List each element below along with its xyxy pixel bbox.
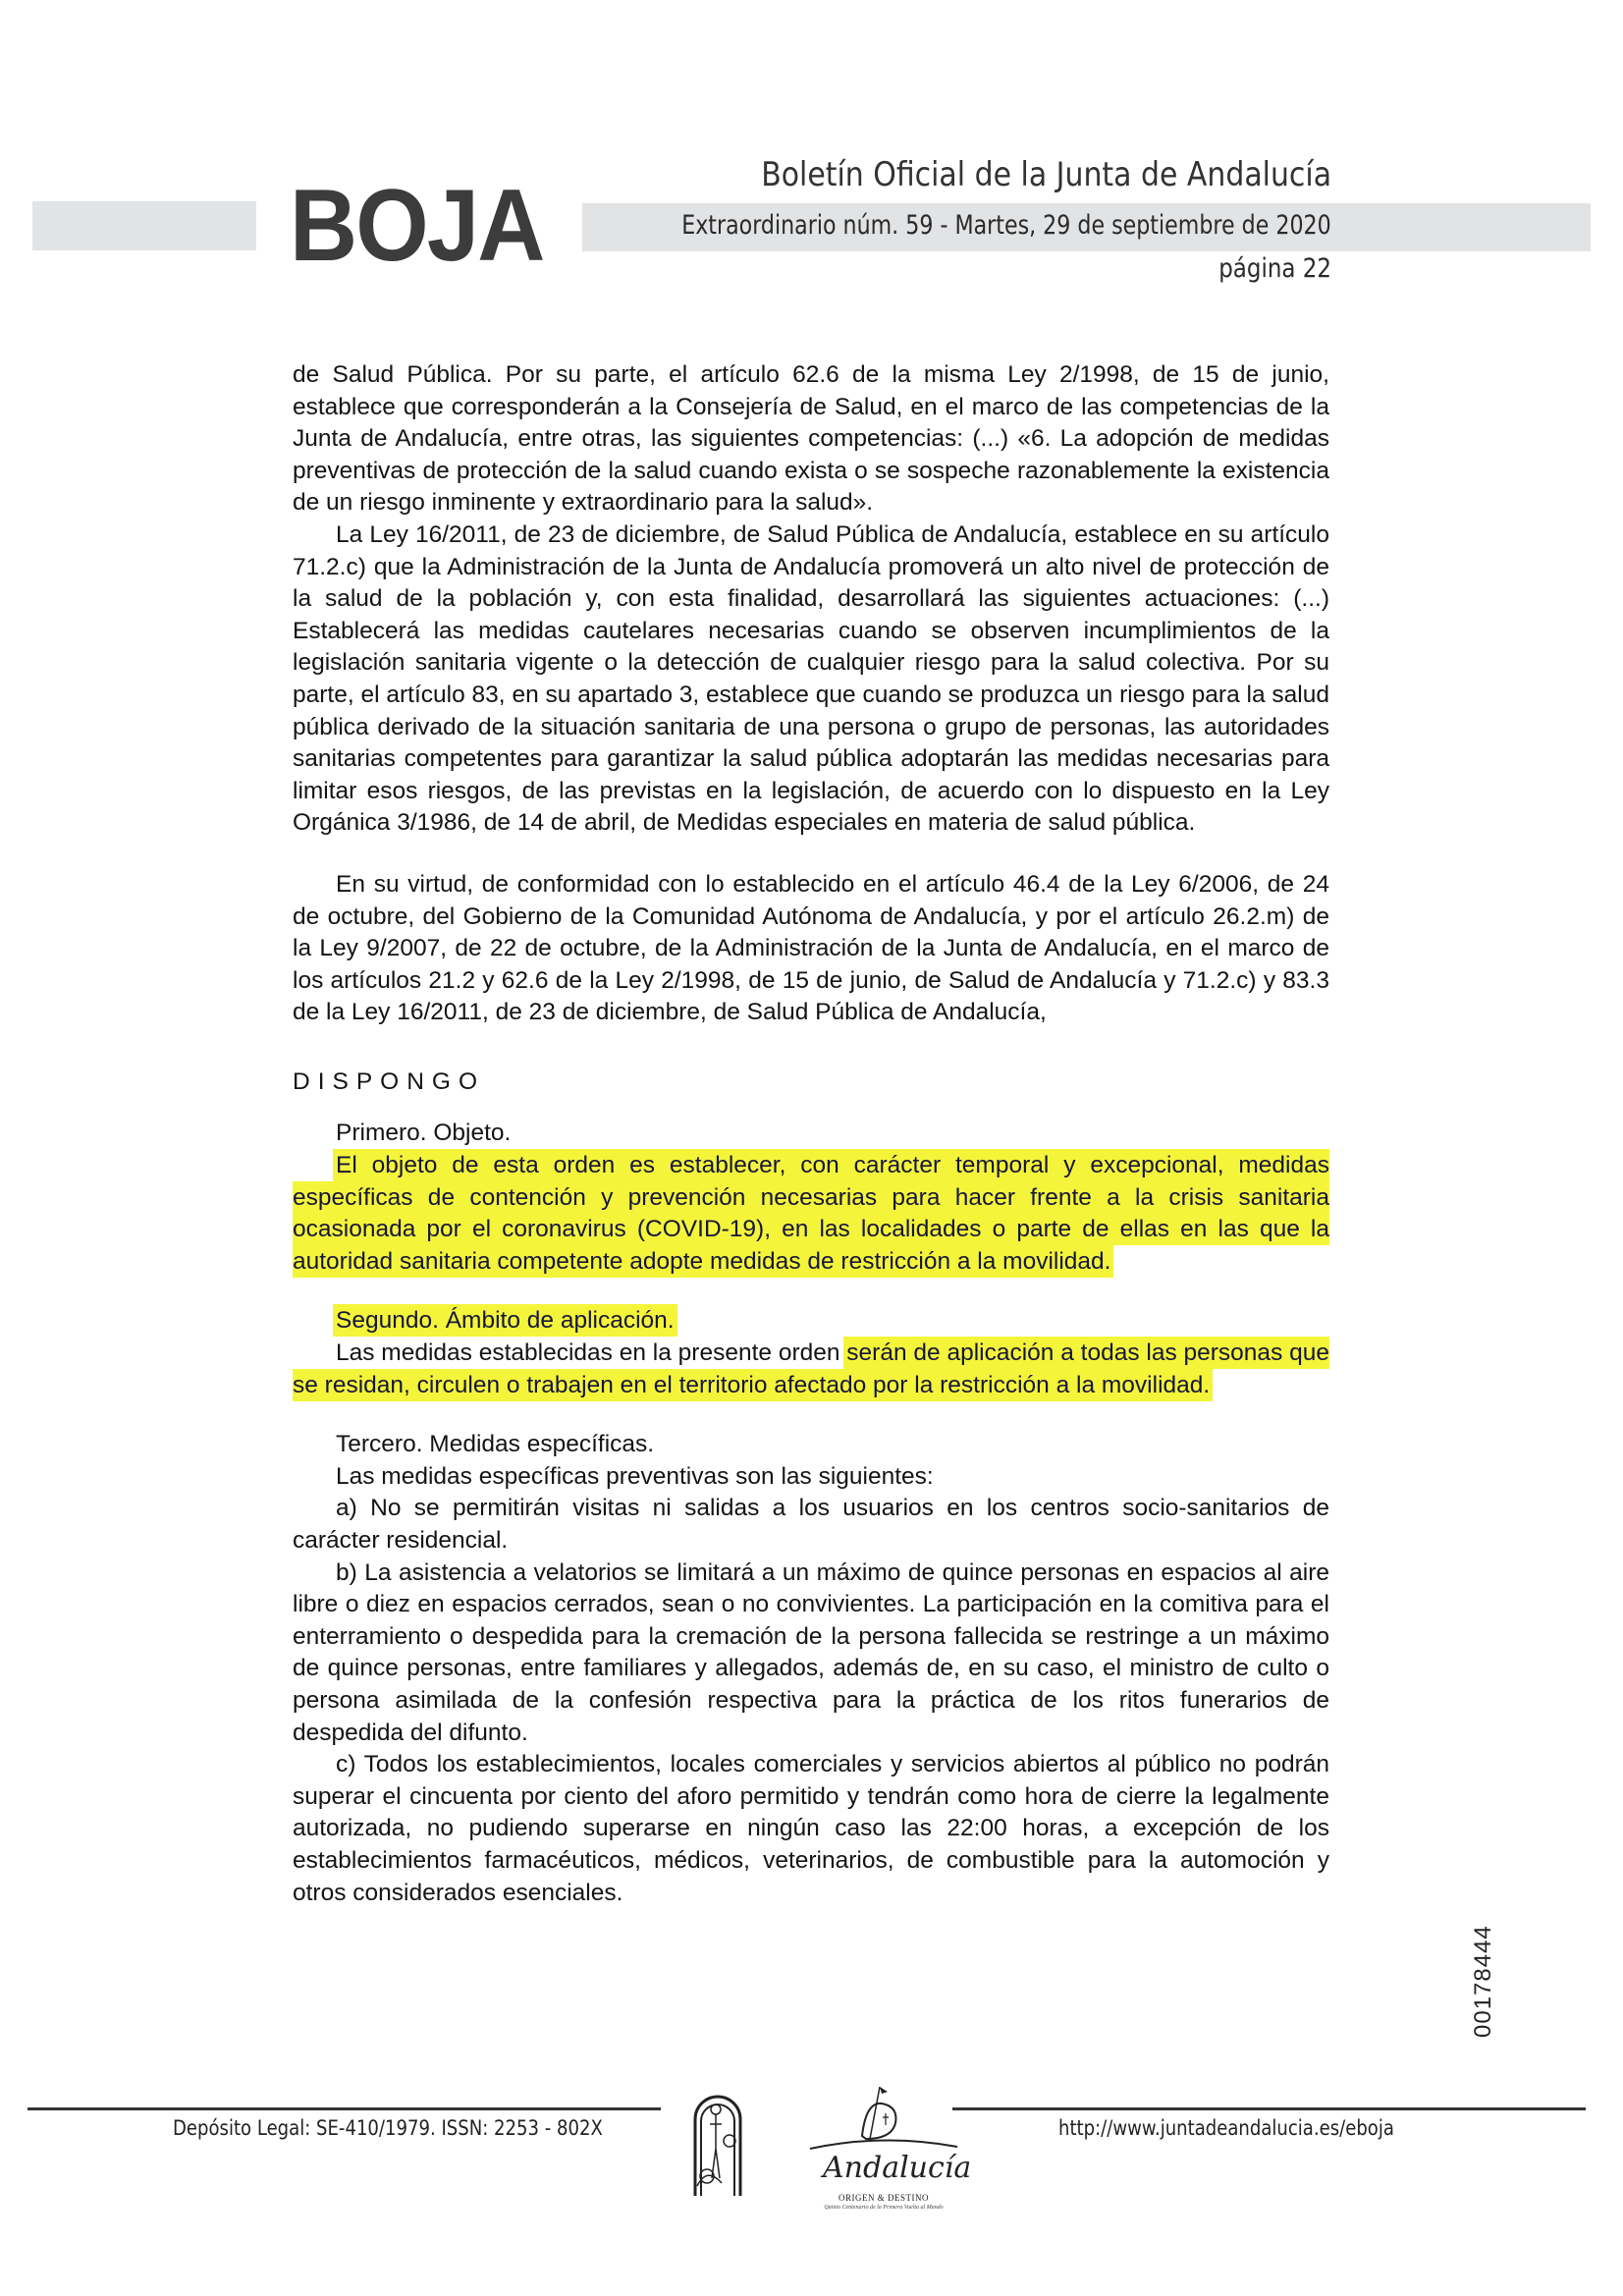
footer-divider-right: [952, 2107, 1586, 2110]
junta-andalucia-crest-icon: [692, 2080, 743, 2196]
section-primero-text: El objeto de esta orden es establecer, c…: [293, 1150, 1329, 1278]
page-number: página 22: [1218, 253, 1331, 284]
legal-deposit: Depósito Legal: SE-410/1979. ISSN: 2253 …: [173, 2116, 603, 2140]
andalucia-origen-destino-logo: Andalucía ORIGEN & DESTINO Quinto Centen…: [805, 2082, 962, 2205]
issue-info: Extraordinario núm. 59 - Martes, 29 de s…: [681, 210, 1331, 241]
document-body: de Salud Pública. Por su parte, el artíc…: [293, 359, 1329, 1909]
footer-divider-left: [27, 2107, 661, 2110]
measure-item-a: a) No se permitirán visitas ni salidas a…: [293, 1493, 1329, 1557]
section-segundo-text: Las medidas establecidas en la presente …: [293, 1338, 1329, 1401]
section-primero-heading: Primero. Objeto.: [293, 1118, 1329, 1150]
footer-url-link[interactable]: http://www.juntadeandalucia.es/eboja: [1058, 2116, 1394, 2140]
bulletin-title: Boletín Oficial de la Junta de Andalucía: [761, 155, 1331, 194]
section-tercero-intro: Las medidas específicas preventivas son …: [293, 1461, 1329, 1494]
header-bar-left: [32, 201, 256, 250]
highlighted-heading: Segundo. Ámbito de aplicación.: [336, 1307, 675, 1334]
section-segundo-heading: Segundo. Ámbito de aplicación.: [293, 1305, 1329, 1338]
paragraph-continuation: de Salud Pública. Por su parte, el artíc…: [293, 359, 1329, 519]
registry-number: 00178444: [1470, 1925, 1497, 2038]
measure-item-b: b) La asistencia a velatorios se limitar…: [293, 1558, 1329, 1750]
boja-logo: BOJA: [290, 175, 543, 277]
measure-item-c: c) Todos los establecimientos, locales c…: [293, 1749, 1329, 1909]
paragraph-en-su-virtud: En su virtud, de conformidad con lo esta…: [293, 869, 1329, 1029]
dispongo-heading: DISPONGO: [293, 1066, 1329, 1099]
highlighted-text: El objeto de esta orden es establecer, c…: [293, 1152, 1329, 1275]
plain-text: Las medidas establecidas en la presente …: [336, 1339, 846, 1366]
paragraph-ley-16-2011: La Ley 16/2011, de 23 de diciembre, de S…: [293, 519, 1329, 840]
section-tercero-heading: Tercero. Medidas específicas.: [293, 1429, 1329, 1461]
compass-d-icon: [805, 2082, 962, 2151]
